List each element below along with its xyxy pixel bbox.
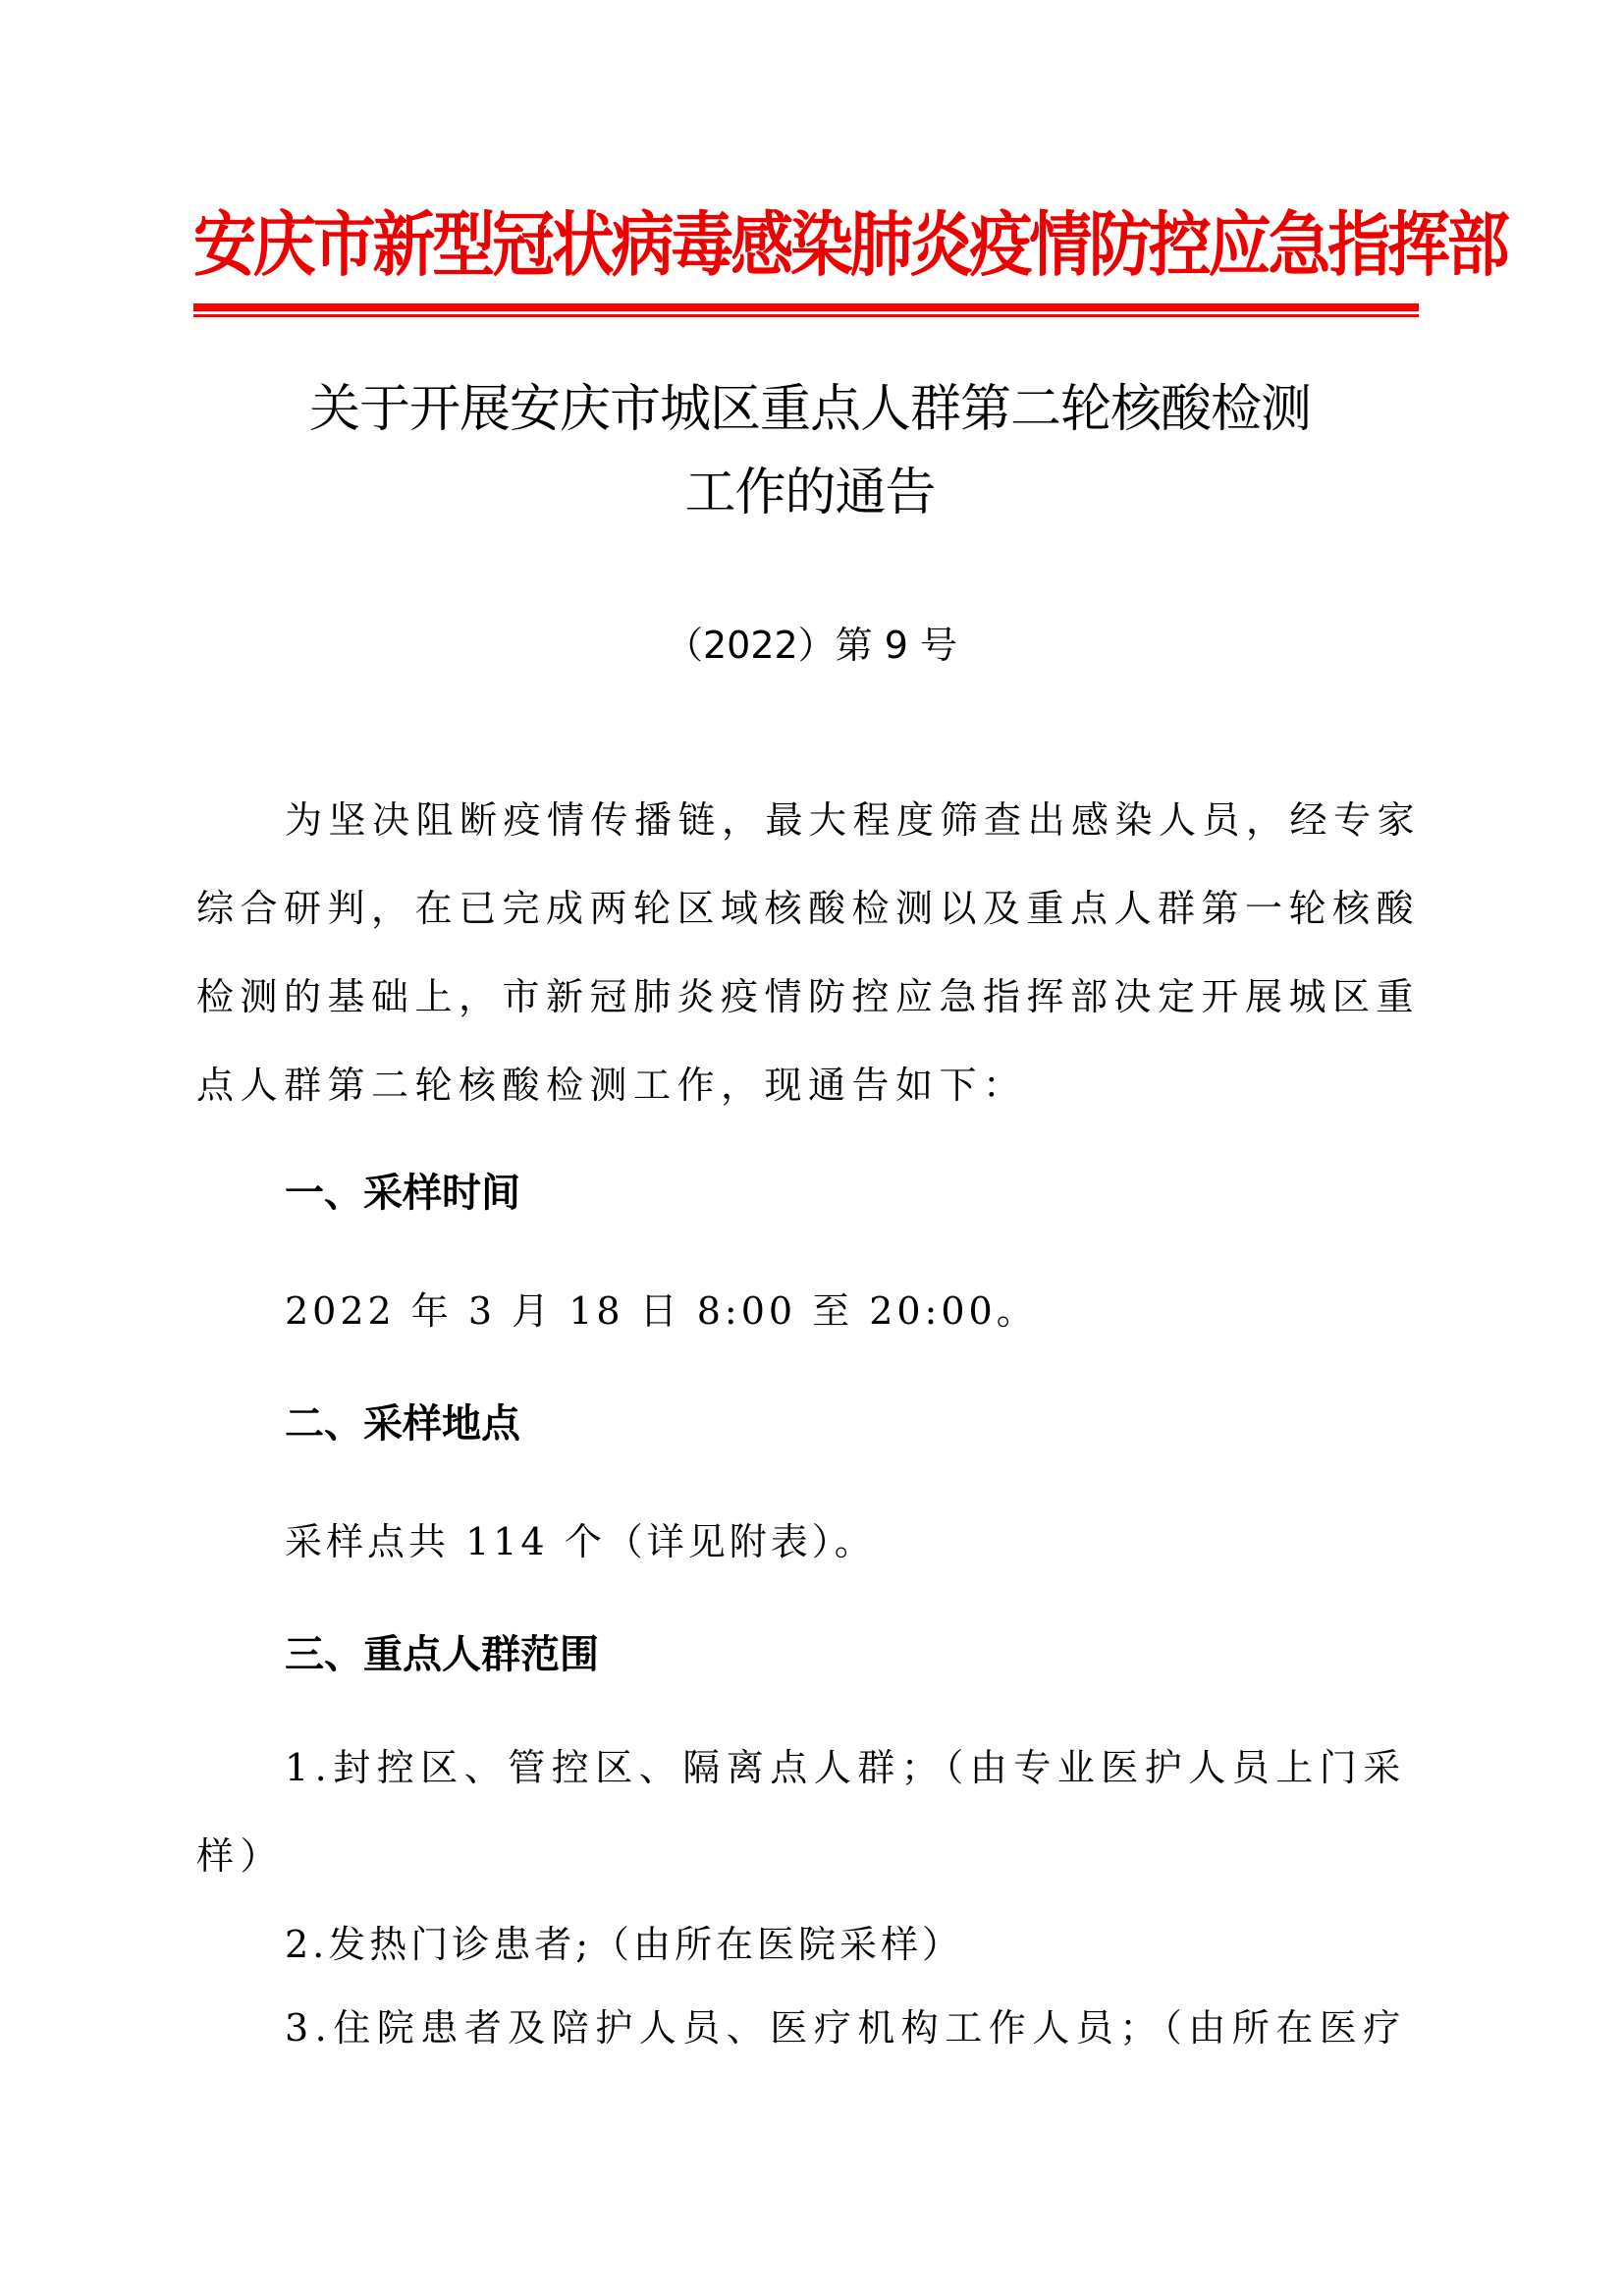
document-title: 关于开展安庆市城区重点人群第二轮核酸检测 工作的通告: [196, 368, 1424, 535]
document-page: 安庆市新型冠状病毒感染肺炎疫情防控应急指挥部 关于开展安庆市城区重点人群第二轮核…: [0, 0, 1623, 2296]
red-header-rule-thin: [193, 314, 1419, 317]
section-body-location: 采样点共 114 个（详见附表）。: [285, 1512, 876, 1571]
population-item-1: 1.封控区、管控区、隔离点人群；（由专业医护人员上门采 样）: [196, 1723, 1424, 1900]
title-line-1: 关于开展安庆市城区重点人群第二轮核酸检测: [196, 368, 1424, 452]
population-item-3: 3.住院患者及陪护人员、医疗机构工作人员；（由所在医疗: [196, 1998, 1424, 2057]
population-item-1-line-2: 样）: [196, 1812, 1424, 1900]
population-item-1-line-1: 1.封控区、管控区、隔离点人群；（由专业医护人员上门采: [196, 1723, 1424, 1812]
intro-line-4: 点人群第二轮核酸检测工作，现通告如下：: [196, 1041, 1424, 1129]
section-heading-time: 一、采样时间: [285, 1164, 520, 1223]
section-heading-location: 二、采样地点: [285, 1394, 520, 1453]
document-number: （2022）第 9 号: [0, 621, 1623, 670]
intro-line-3: 检测的基础上，市新冠肺炎疫情防控应急指挥部决定开展城区重: [196, 953, 1424, 1041]
title-line-2: 工作的通告: [196, 452, 1424, 535]
section-body-time: 2022 年 3 月 18 日 8:00 至 20:00。: [285, 1282, 1038, 1340]
population-item-2: 2.发热门诊患者;（由所在医院采样）: [285, 1915, 963, 1974]
intro-line-1: 为坚决阻断疫情传播链，最大程度筛查出感染人员，经专家: [196, 776, 1424, 864]
intro-paragraph: 为坚决阻断疫情传播链，最大程度筛查出感染人员，经专家 综合研判，在已完成两轮区域…: [196, 776, 1424, 1129]
population-item-3-line-1: 3.住院患者及陪护人员、医疗机构工作人员；（由所在医疗: [196, 1998, 1424, 2057]
section-heading-population: 三、重点人群范围: [285, 1625, 599, 1684]
issuing-organization-header: 安庆市新型冠状病毒感染肺炎疫情防控应急指挥部: [193, 196, 1421, 296]
red-header-rule-thick: [193, 303, 1419, 311]
intro-line-2: 综合研判，在已完成两轮区域核酸检测以及重点人群第一轮核酸: [196, 864, 1424, 953]
